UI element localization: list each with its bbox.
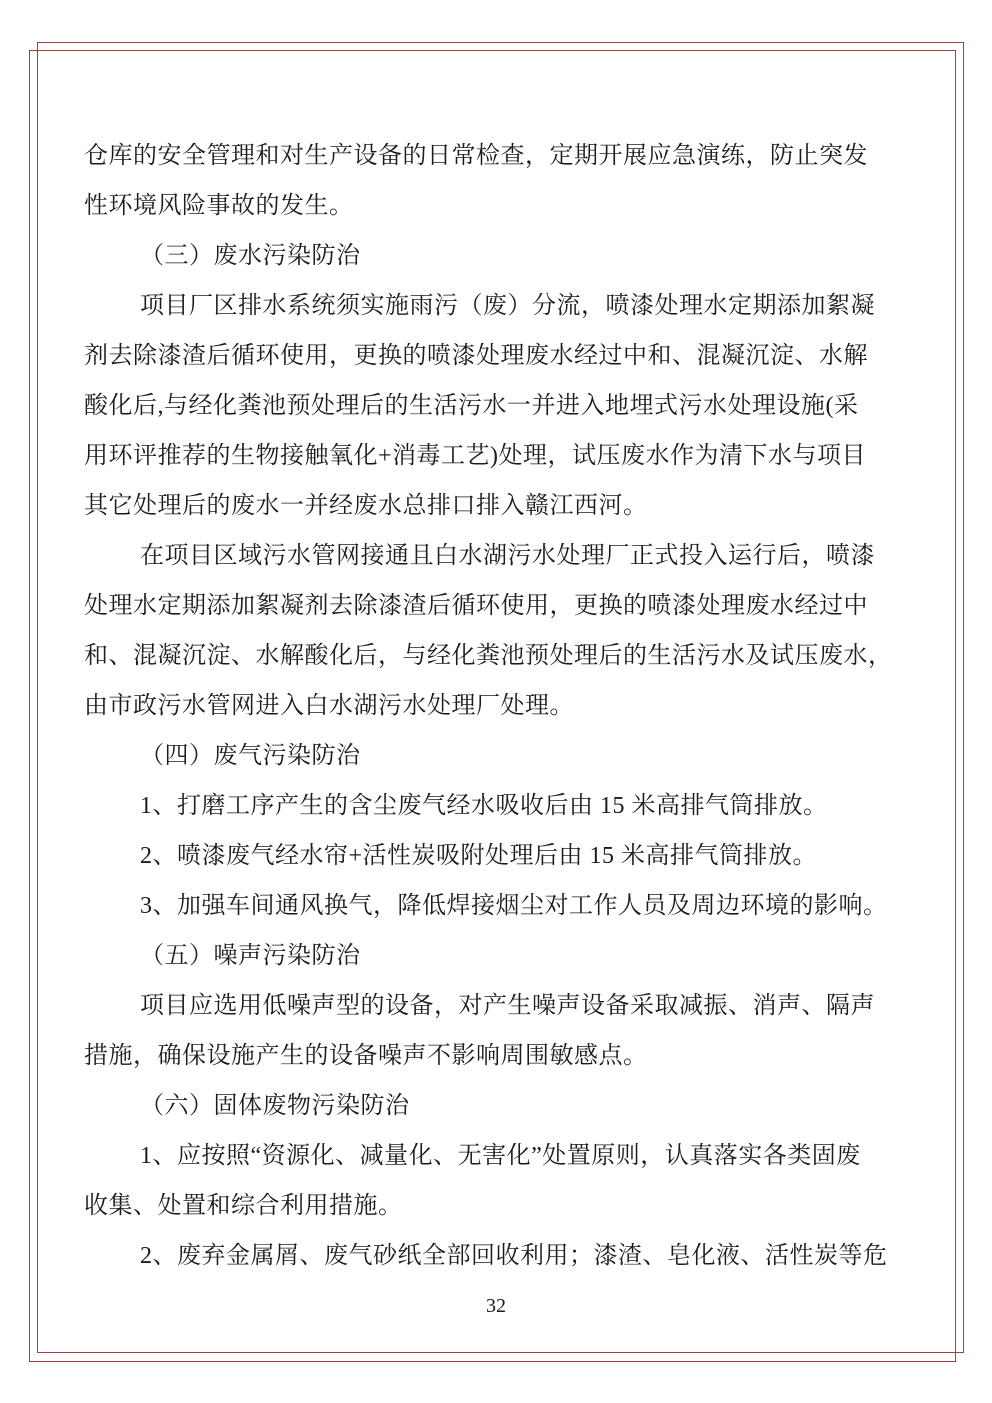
page-number: 32 [84,1292,908,1320]
text-line: 酸化后,与经化粪池预处理后的生活污水一并进入地埋式污水处理设施(采 [84,381,908,431]
text-line: 项目应选用低噪声型的设备，对产生噪声设备采取减振、消声、隔声 [84,981,908,1031]
text-line: （三）废水污染防治 [84,231,908,281]
text-line: （六）固体废物污染防治 [84,1081,908,1131]
text-line: （四）废气污染防治 [84,731,908,781]
text-line: 在项目区域污水管网接通且白水湖污水处理厂正式投入运行后，喷漆 [84,531,908,581]
document-page: 仓库的安全管理和对生产设备的日常检查，定期开展应急演练，防止突发性环境风险事故的… [0,0,992,1403]
text-line: 1、应按照“资源化、减量化、无害化”处置原则，认真落实各类固废 [84,1131,908,1181]
text-line: 措施，确保设施产生的设备噪声不影响周围敏感点。 [84,1031,908,1081]
text-line: （五）噪声污染防治 [84,931,908,981]
text-line: 2、喷漆废气经水帘+活性炭吸附处理后由 15 米高排气筒排放。 [84,831,908,881]
text-line: 3、加强车间通风换气，降低焊接烟尘对工作人员及周边环境的影响。 [84,881,908,931]
text-line: 处理水定期添加絮凝剂去除漆渣后循环使用，更换的喷漆处理废水经过中 [84,581,908,631]
text-line: 1、打磨工序产生的含尘废气经水吸收后由 15 米高排气筒排放。 [84,781,908,831]
text-line: 用环评推荐的生物接触氧化+消毒工艺)处理，试压废水作为清下水与项目 [84,431,908,481]
text-line: 项目厂区排水系统须实施雨污（废）分流，喷漆处理水定期添加絮凝 [84,281,908,331]
document-body: 仓库的安全管理和对生产设备的日常检查，定期开展应急演练，防止突发性环境风险事故的… [84,131,908,1281]
text-line: 由市政污水管网进入白水湖污水处理厂处理。 [84,681,908,731]
text-line: 仓库的安全管理和对生产设备的日常检查，定期开展应急演练，防止突发 [84,131,908,181]
text-line: 和、混凝沉淀、水解酸化后，与经化粪池预处理后的生活污水及试压废水， [84,631,908,681]
text-line: 性环境风险事故的发生。 [84,181,908,231]
text-line: 收集、处置和综合利用措施。 [84,1181,908,1231]
text-line: 剂去除漆渣后循环使用，更换的喷漆处理废水经过中和、混凝沉淀、水解 [84,331,908,381]
text-line: 2、废弃金属屑、废气砂纸全部回收利用；漆渣、皂化液、活性炭等危 [84,1231,908,1281]
text-line: 其它处理后的废水一并经废水总排口排入赣江西河。 [84,481,908,531]
